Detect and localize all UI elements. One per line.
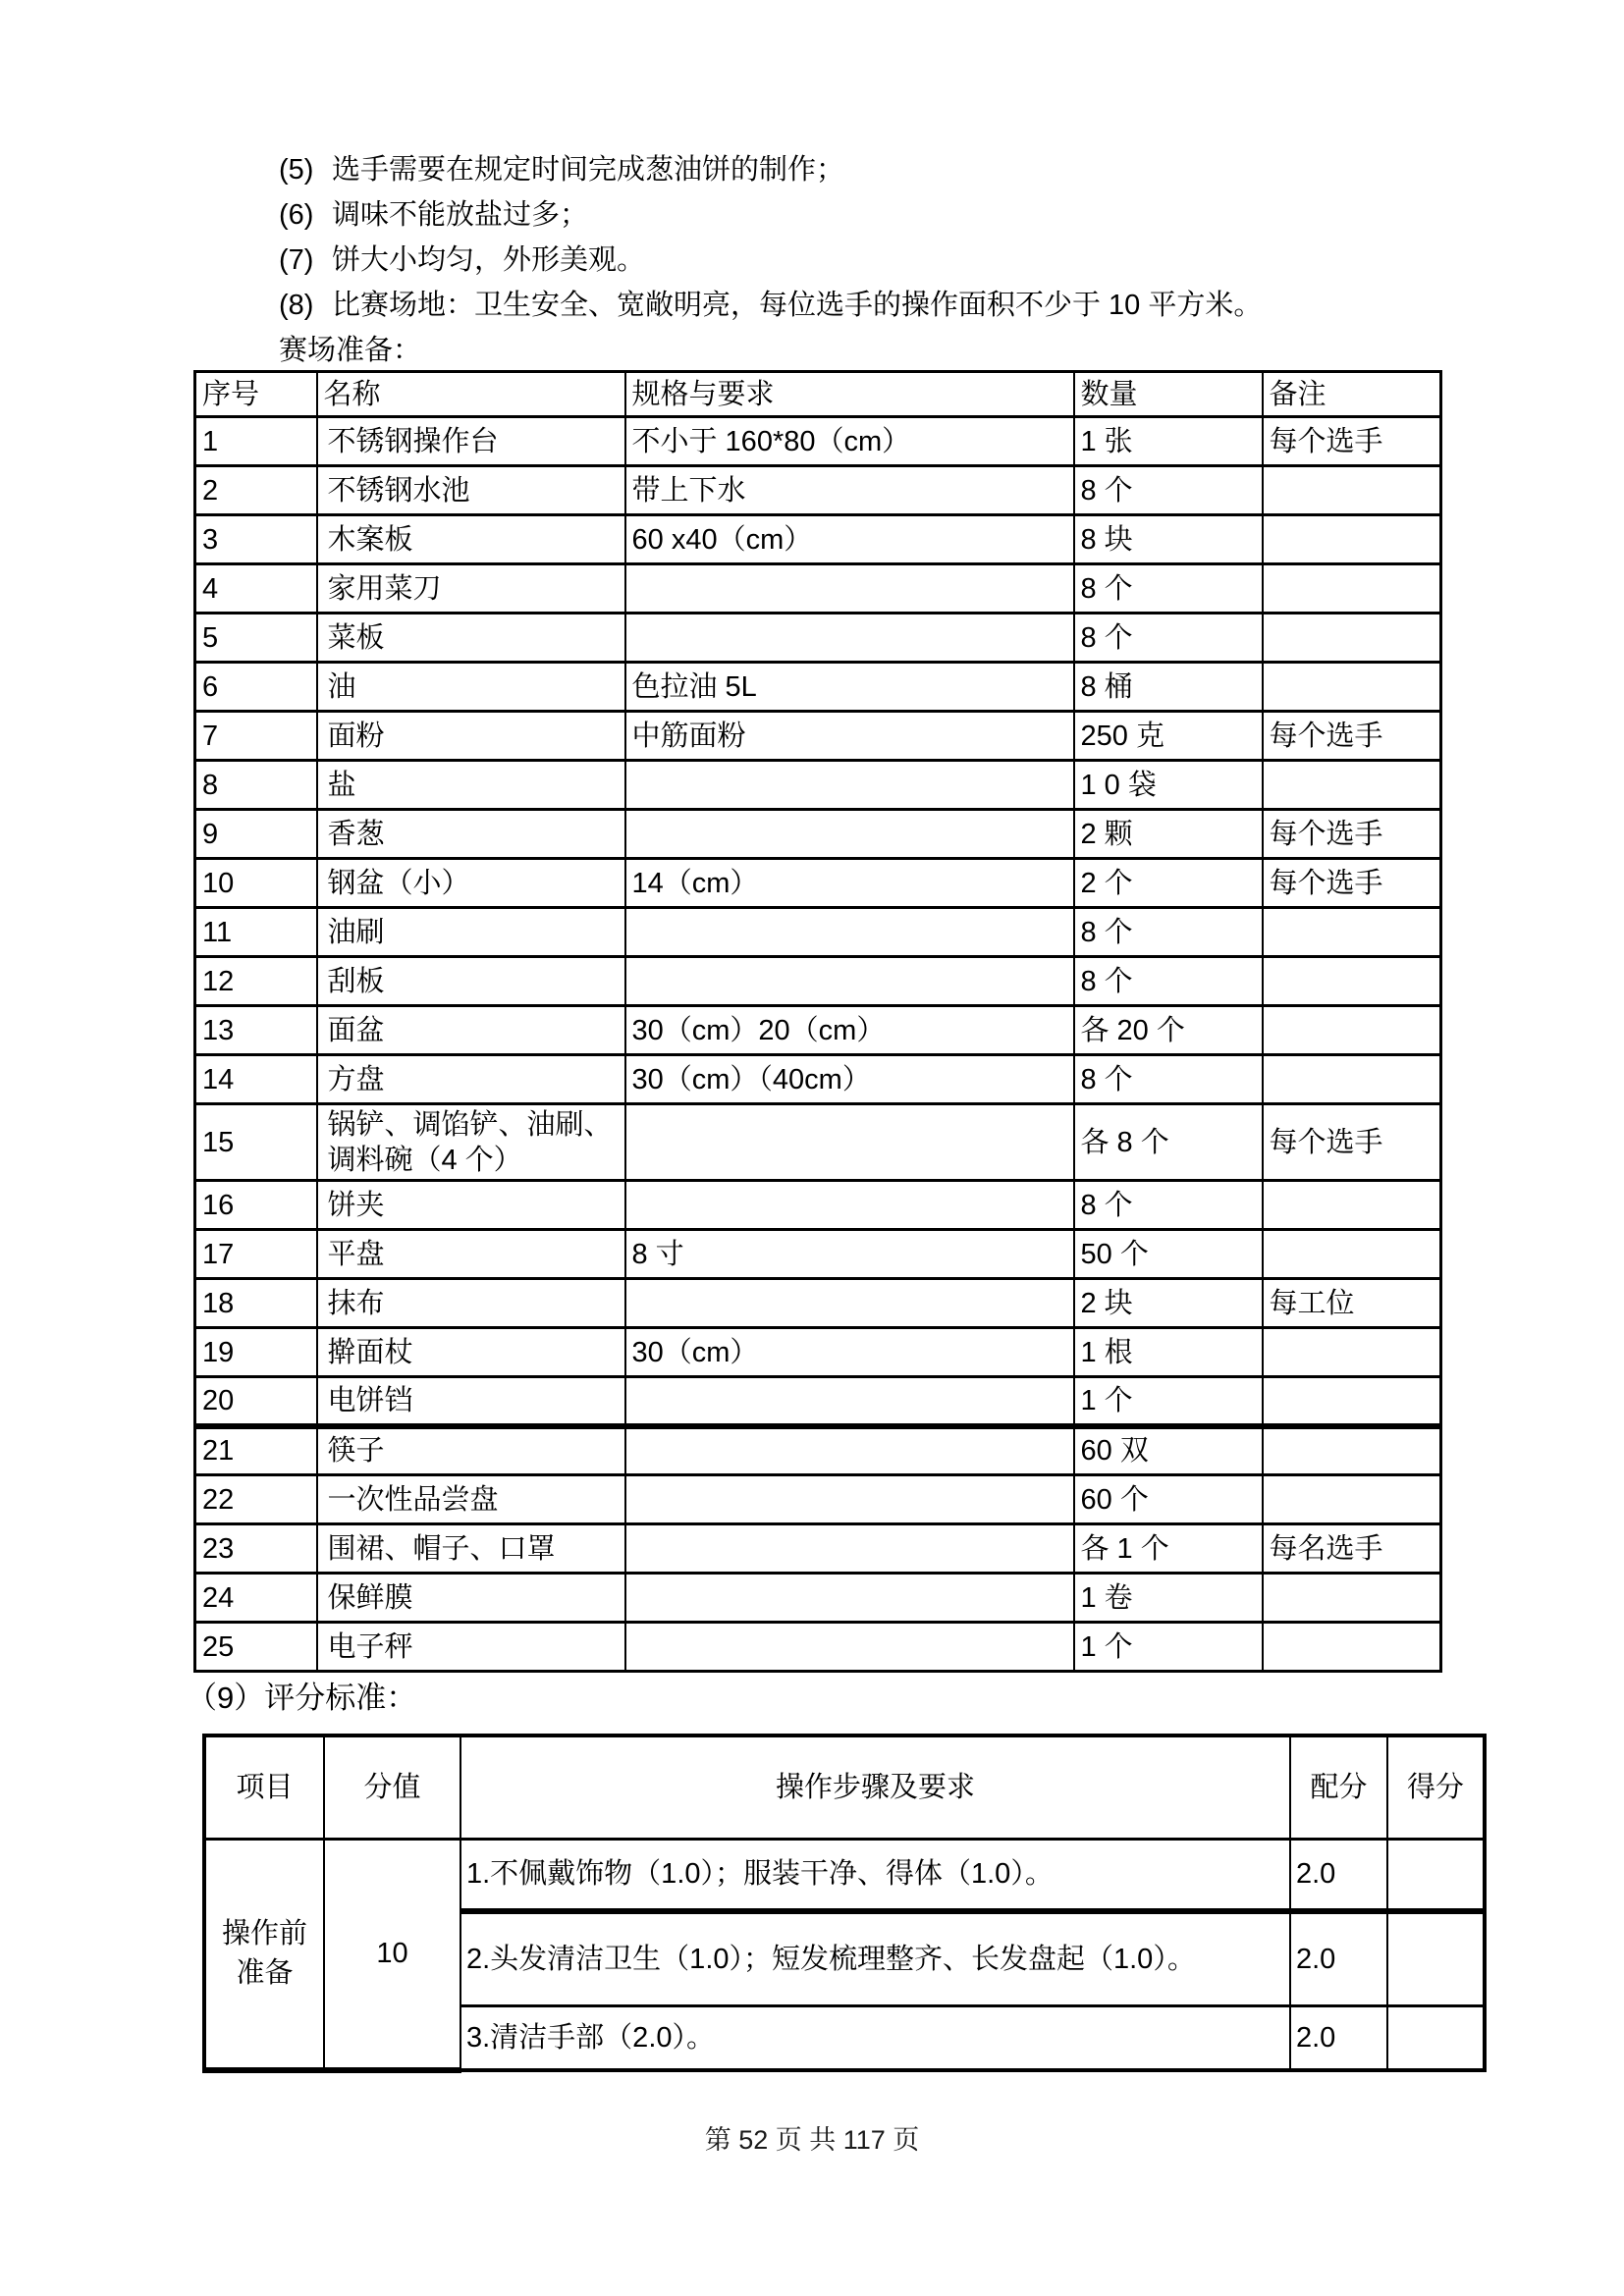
index-cell: 8	[195, 761, 317, 810]
note-cell	[1263, 957, 1441, 1006]
page-footer: 第 52 页 共 117 页	[0, 2118, 1624, 2157]
scoring-row: 操作前准备 10 1.不佩戴饰物（1.0）；服装干净、得体（1.0）。 2.0	[204, 1839, 1485, 1911]
header-category: 项目	[204, 1735, 324, 1839]
index-cell: 15	[195, 1104, 317, 1181]
table-row: 17平盘8 寸50 个	[195, 1230, 1441, 1279]
step-cell: 2.头发清洁卫生（1.0）；短发梳理整齐、长发盘起（1.0）。	[460, 1911, 1290, 2005]
qty-cell: 50 个	[1074, 1230, 1263, 1279]
qty-cell: 8 块	[1074, 515, 1263, 564]
qty-cell: 8 个	[1074, 957, 1263, 1006]
note-cell	[1263, 663, 1441, 712]
document-page: (5)选手需要在规定时间完成葱油饼的制作； (6)调味不能放盐过多； (7)饼大…	[0, 0, 1624, 2296]
spec-cell	[625, 1181, 1074, 1230]
name-cell: 锅铲、调馅铲、油刷、调料碗（4 个）	[317, 1104, 625, 1181]
name-cell: 方盘	[317, 1055, 625, 1104]
spec-cell	[625, 761, 1074, 810]
note-cell: 每个选手	[1263, 1104, 1441, 1181]
name-cell: 保鲜膜	[317, 1574, 625, 1623]
index-cell: 2	[195, 466, 317, 515]
note-cell	[1263, 1623, 1441, 1672]
note-cell	[1263, 908, 1441, 957]
table-row: 20电饼铛1 个	[195, 1377, 1441, 1426]
table-row: 10钢盆（小）14（cm）2 个每个选手	[195, 859, 1441, 908]
index-cell: 20	[195, 1377, 317, 1426]
index-cell: 22	[195, 1475, 317, 1524]
spec-cell: 带上下水	[625, 466, 1074, 515]
note-cell: 每名选手	[1263, 1524, 1441, 1574]
name-cell: 油	[317, 663, 625, 712]
name-cell: 菜板	[317, 614, 625, 663]
index-cell: 13	[195, 1006, 317, 1055]
index-cell: 9	[195, 810, 317, 859]
list-item-text: 调味不能放盐过多；	[332, 199, 588, 231]
index-cell: 14	[195, 1055, 317, 1104]
qty-cell: 1 个	[1074, 1623, 1263, 1672]
score-cell	[1387, 2005, 1485, 2070]
scoring-section-title: （9）评分标准：	[187, 1673, 416, 1717]
name-cell: 抹布	[317, 1279, 625, 1328]
header-spec: 规格与要求	[625, 372, 1074, 417]
qty-cell: 8 个	[1074, 466, 1263, 515]
header-note: 备注	[1263, 372, 1441, 417]
spec-cell	[625, 1377, 1074, 1426]
note-cell	[1263, 466, 1441, 515]
note-cell	[1263, 1475, 1441, 1524]
table-row: 24保鲜膜1 卷	[195, 1574, 1441, 1623]
equipment-table-header-row: 序号 名称 规格与要求 数量 备注	[195, 372, 1441, 417]
name-cell: 刮板	[317, 957, 625, 1006]
note-cell: 每个选手	[1263, 712, 1441, 761]
note-cell	[1263, 1181, 1441, 1230]
name-cell: 电饼铛	[317, 1377, 625, 1426]
name-cell: 香葱	[317, 810, 625, 859]
table-row: 15锅铲、调馅铲、油刷、调料碗（4 个）各 8 个每个选手	[195, 1104, 1441, 1181]
prep-label: 赛场准备：	[279, 328, 1262, 373]
points-cell: 2.0	[1290, 2005, 1387, 2070]
step-cell: 1.不佩戴饰物（1.0）；服装干净、得体（1.0）。	[460, 1839, 1290, 1911]
header-index: 序号	[195, 372, 317, 417]
name-cell: 面粉	[317, 712, 625, 761]
spec-cell	[625, 564, 1074, 614]
header-points: 配分	[1290, 1735, 1387, 1839]
index-cell: 4	[195, 564, 317, 614]
name-cell: 面盆	[317, 1006, 625, 1055]
qty-cell: 2 颗	[1074, 810, 1263, 859]
list-item-text: 选手需要在规定时间完成葱油饼的制作；	[332, 154, 844, 186]
table-row: 19擀面杖30（cm）1 根	[195, 1328, 1441, 1377]
list-item: (5)选手需要在规定时间完成葱油饼的制作；	[279, 147, 1262, 192]
list-item: (6)调味不能放盐过多；	[279, 192, 1262, 238]
index-cell: 12	[195, 957, 317, 1006]
table-row: 14方盘30（cm）（40cm）8 个	[195, 1055, 1441, 1104]
note-cell	[1263, 1377, 1441, 1426]
points-cell: 2.0	[1290, 1839, 1387, 1911]
qty-cell: 各 1 个	[1074, 1524, 1263, 1574]
table-row: 16饼夹8 个	[195, 1181, 1441, 1230]
header-name: 名称	[317, 372, 625, 417]
spec-cell: 30（cm）（40cm）	[625, 1055, 1074, 1104]
note-cell	[1263, 1055, 1441, 1104]
note-cell	[1263, 1426, 1441, 1475]
qty-cell: 8 个	[1074, 564, 1263, 614]
spec-cell: 色拉油 5L	[625, 663, 1074, 712]
spec-cell: 8 寸	[625, 1230, 1074, 1279]
list-item-text: 饼大小均匀，外形美观。	[332, 244, 645, 276]
qty-cell: 1 张	[1074, 417, 1263, 466]
qty-cell: 60 双	[1074, 1426, 1263, 1475]
note-cell	[1263, 564, 1441, 614]
spec-cell: 30（cm）20（cm）	[625, 1006, 1074, 1055]
list-item-number: (5)	[279, 147, 316, 192]
list-item: (7)饼大小均匀，外形美观。	[279, 238, 1262, 283]
note-cell	[1263, 1230, 1441, 1279]
spec-cell: 30（cm）	[625, 1328, 1074, 1377]
list-item: (8)比赛场地：卫生安全、宽敞明亮，每位选手的操作面积不少于 10 平方米。	[279, 283, 1262, 328]
header-qty: 数量	[1074, 372, 1263, 417]
note-cell	[1263, 515, 1441, 564]
spec-cell	[625, 810, 1074, 859]
note-cell: 每个选手	[1263, 859, 1441, 908]
table-row: 23围裙、帽子、口罩各 1 个每名选手	[195, 1524, 1441, 1574]
note-cell: 每个选手	[1263, 417, 1441, 466]
name-cell: 擀面杖	[317, 1328, 625, 1377]
spec-cell	[625, 1426, 1074, 1475]
category-cell: 操作前准备	[204, 1839, 324, 2070]
qty-cell: 1 个	[1074, 1377, 1263, 1426]
step-cell: 3.清洁手部（2.0）。	[460, 2005, 1290, 2070]
table-row: 25电子秤1 个	[195, 1623, 1441, 1672]
index-cell: 5	[195, 614, 317, 663]
list-item-text: 比赛场地：卫生安全、宽敞明亮，每位选手的操作面积不少于 10 平方米。	[332, 290, 1262, 321]
spec-cell: 14（cm）	[625, 859, 1074, 908]
table-row: 22一次性品尝盘60 个	[195, 1475, 1441, 1524]
name-cell: 木案板	[317, 515, 625, 564]
index-cell: 18	[195, 1279, 317, 1328]
index-cell: 21	[195, 1426, 317, 1475]
table-row: 7面粉中筋面粉250 克每个选手	[195, 712, 1441, 761]
index-cell: 3	[195, 515, 317, 564]
table-row: 6油色拉油 5L8 桶	[195, 663, 1441, 712]
score-value-cell: 10	[324, 1839, 460, 2070]
intro-list: (5)选手需要在规定时间完成葱油饼的制作； (6)调味不能放盐过多； (7)饼大…	[279, 147, 1262, 373]
note-cell	[1263, 1328, 1441, 1377]
name-cell: 饼夹	[317, 1181, 625, 1230]
name-cell: 筷子	[317, 1426, 625, 1475]
qty-cell: 8 个	[1074, 1181, 1263, 1230]
index-cell: 1	[195, 417, 317, 466]
spec-cell	[625, 1574, 1074, 1623]
scoring-table: 项目 分值 操作步骤及要求 配分 得分 操作前准备 10 1.不佩戴饰物（1.0…	[202, 1734, 1487, 2073]
qty-cell: 各 8 个	[1074, 1104, 1263, 1181]
equipment-table: 序号 名称 规格与要求 数量 备注 1不锈钢操作台不小于 160*80（cm）1…	[193, 370, 1442, 1673]
qty-cell: 各 20 个	[1074, 1006, 1263, 1055]
table-row: 18抹布2 块每工位	[195, 1279, 1441, 1328]
table-row: 11油刷8 个	[195, 908, 1441, 957]
name-cell: 油刷	[317, 908, 625, 957]
score-cell	[1387, 1911, 1485, 2005]
table-row: 2不锈钢水池带上下水8 个	[195, 466, 1441, 515]
index-cell: 25	[195, 1623, 317, 1672]
note-cell	[1263, 761, 1441, 810]
table-row: 8盐1 0 袋	[195, 761, 1441, 810]
index-cell: 6	[195, 663, 317, 712]
spec-cell	[625, 614, 1074, 663]
qty-cell: 8 个	[1074, 908, 1263, 957]
note-cell: 每个选手	[1263, 810, 1441, 859]
header-score: 得分	[1387, 1735, 1485, 1839]
spec-cell	[625, 908, 1074, 957]
qty-cell: 8 桶	[1074, 663, 1263, 712]
table-row: 21筷子60 双	[195, 1426, 1441, 1475]
index-cell: 11	[195, 908, 317, 957]
table-row: 13面盆30（cm）20（cm）各 20 个	[195, 1006, 1441, 1055]
scoring-table-header-row: 项目 分值 操作步骤及要求 配分 得分	[204, 1735, 1485, 1839]
list-item-number: (6)	[279, 192, 316, 238]
header-score-value: 分值	[324, 1735, 460, 1839]
qty-cell: 1 根	[1074, 1328, 1263, 1377]
name-cell: 一次性品尝盘	[317, 1475, 625, 1524]
list-item-number: (8)	[279, 283, 316, 328]
table-row: 9香葱2 颗每个选手	[195, 810, 1441, 859]
score-cell	[1387, 1839, 1485, 1911]
name-cell: 不锈钢水池	[317, 466, 625, 515]
qty-cell: 8 个	[1074, 1055, 1263, 1104]
name-cell: 盐	[317, 761, 625, 810]
qty-cell: 2 块	[1074, 1279, 1263, 1328]
table-row: 4家用菜刀8 个	[195, 564, 1441, 614]
index-cell: 10	[195, 859, 317, 908]
spec-cell: 60 x40（cm）	[625, 515, 1074, 564]
spec-cell	[625, 1279, 1074, 1328]
spec-cell	[625, 1104, 1074, 1181]
index-cell: 16	[195, 1181, 317, 1230]
index-cell: 19	[195, 1328, 317, 1377]
table-row: 5菜板8 个	[195, 614, 1441, 663]
qty-cell: 1 0 袋	[1074, 761, 1263, 810]
name-cell: 家用菜刀	[317, 564, 625, 614]
qty-cell: 250 克	[1074, 712, 1263, 761]
qty-cell: 1 卷	[1074, 1574, 1263, 1623]
list-item-number: (7)	[279, 238, 316, 283]
name-cell: 钢盆（小）	[317, 859, 625, 908]
note-cell: 每工位	[1263, 1279, 1441, 1328]
table-row: 1不锈钢操作台不小于 160*80（cm）1 张每个选手	[195, 417, 1441, 466]
note-cell	[1263, 614, 1441, 663]
spec-cell: 中筋面粉	[625, 712, 1074, 761]
points-cell: 2.0	[1290, 1911, 1387, 2005]
spec-cell: 不小于 160*80（cm）	[625, 417, 1074, 466]
qty-cell: 8 个	[1074, 614, 1263, 663]
spec-cell	[625, 957, 1074, 1006]
qty-cell: 60 个	[1074, 1475, 1263, 1524]
qty-cell: 2 个	[1074, 859, 1263, 908]
header-steps: 操作步骤及要求	[460, 1735, 1290, 1839]
table-row: 12刮板8 个	[195, 957, 1441, 1006]
index-cell: 23	[195, 1524, 317, 1574]
note-cell	[1263, 1574, 1441, 1623]
spec-cell	[625, 1623, 1074, 1672]
index-cell: 7	[195, 712, 317, 761]
index-cell: 24	[195, 1574, 317, 1623]
index-cell: 17	[195, 1230, 317, 1279]
name-cell: 电子秤	[317, 1623, 625, 1672]
table-row: 3木案板60 x40（cm）8 块	[195, 515, 1441, 564]
spec-cell	[625, 1475, 1074, 1524]
name-cell: 不锈钢操作台	[317, 417, 625, 466]
name-cell: 围裙、帽子、口罩	[317, 1524, 625, 1574]
name-cell: 平盘	[317, 1230, 625, 1279]
note-cell	[1263, 1006, 1441, 1055]
spec-cell	[625, 1524, 1074, 1574]
